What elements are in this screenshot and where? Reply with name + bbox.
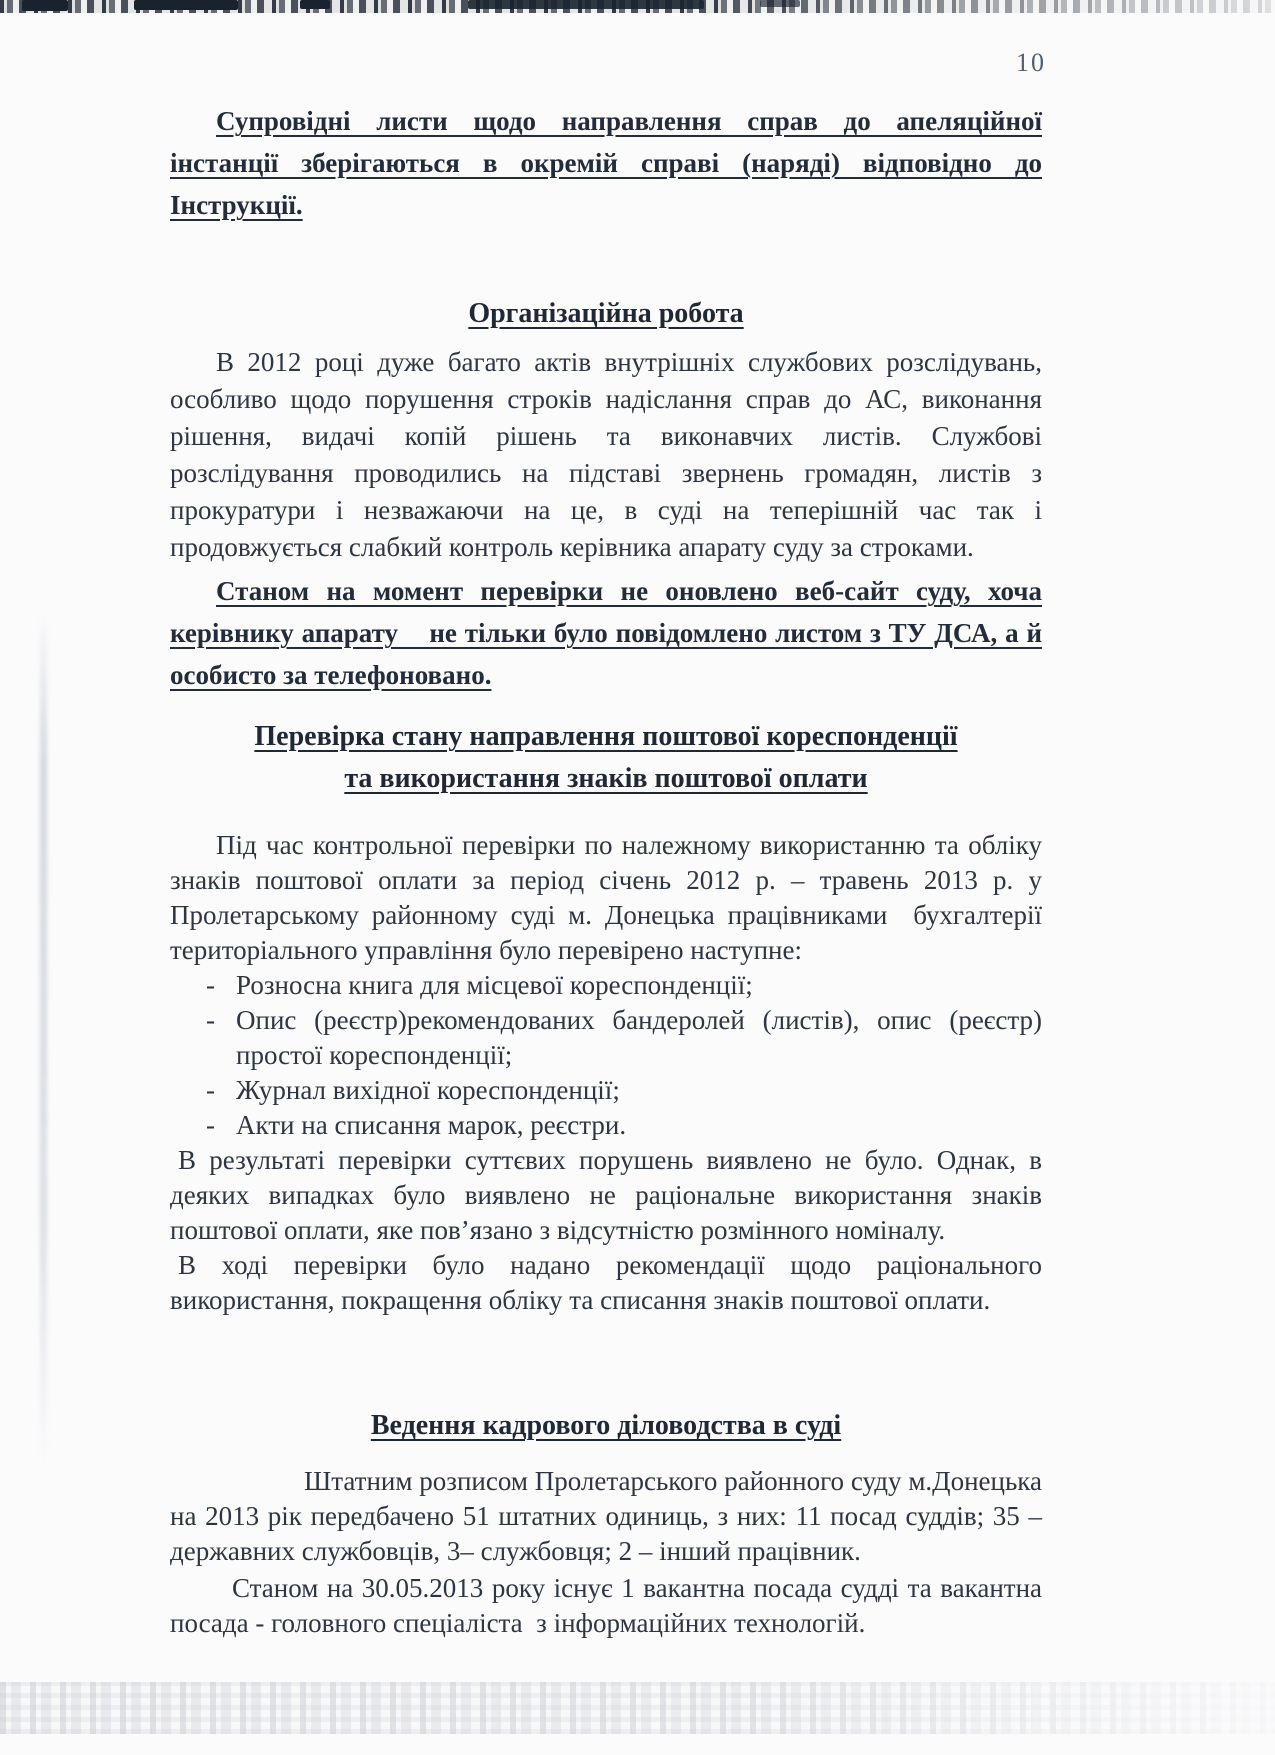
scanned-document-page: 10 Супровідні листи щодо направлення спр… xyxy=(0,0,1275,1755)
section-heading-postal: Перевірка стану направлення поштової кор… xyxy=(170,716,1042,800)
list-item-marker: - xyxy=(206,1108,236,1143)
section-heading-postal-line1-text: Перевірка стану направлення поштової кор… xyxy=(254,721,957,752)
list-item-text: Опис (реєстр)рекомендованих бандеролей (… xyxy=(236,1003,1042,1073)
list-item-text: Розносна книга для місцевої кореспонденц… xyxy=(236,968,1042,1003)
org-work-paragraph: В 2012 році дуже багато актів внутрішніх… xyxy=(170,344,1042,566)
postal-checked-list: - Розносна книга для місцевої кореспонде… xyxy=(170,968,1042,1143)
list-item-text: Журнал вихідної кореспонденції; xyxy=(236,1073,1042,1108)
scan-artifact-bottom-band xyxy=(0,1682,1275,1734)
postal-recommendations-paragraph: В ході перевірки було надано рекомендаці… xyxy=(170,1248,1042,1318)
postal-results-paragraph: В результаті перевірки суттєвих порушень… xyxy=(170,1143,1042,1248)
postal-intro-paragraph: Під час контрольної перевірки по належно… xyxy=(170,828,1042,968)
list-item-marker: - xyxy=(206,1073,236,1108)
intro-paragraph: Супровідні листи щодо направлення справ … xyxy=(170,100,1042,226)
list-item: - Журнал вихідної кореспонденції; xyxy=(206,1073,1042,1108)
list-item: - Розносна книга для місцевої кореспонде… xyxy=(206,968,1042,1003)
section-heading-postal-line2-text: та використання знаків поштової оплати xyxy=(344,763,867,794)
hr-staffing-paragraph: Штатним розписом Пролетарського районног… xyxy=(170,1464,1042,1569)
list-item: - Акти на списання марок, реєстри. xyxy=(206,1108,1042,1143)
list-item: - Опис (реєстр)рекомендованих бандеролей… xyxy=(206,1003,1042,1073)
website-warning-paragraph: Станом на момент перевірки не оновлено в… xyxy=(170,570,1042,696)
document-body: Супровідні листи щодо направлення справ … xyxy=(170,0,1042,1641)
scan-artifact-left-streak xyxy=(40,610,47,1470)
section-heading-postal-line1: Перевірка стану направлення поштової кор… xyxy=(170,716,1042,758)
list-item-marker: - xyxy=(206,968,236,1003)
section-heading-org-work: Організаційна робота xyxy=(170,292,1042,336)
scan-artifact-blob xyxy=(22,0,68,11)
section-heading-org-work-text: Організаційна робота xyxy=(468,298,743,329)
hr-vacancy-paragraph: Станом на 30.05.2013 року існує 1 вакант… xyxy=(170,1571,1042,1641)
list-item-marker: - xyxy=(206,1003,236,1073)
section-heading-hr: Ведення кадрового діловодства в суді xyxy=(170,1404,1042,1448)
section-heading-hr-text: Ведення кадрового діловодства в суді xyxy=(371,1410,841,1441)
list-item-text: Акти на списання марок, реєстри. xyxy=(236,1108,1042,1143)
section-heading-postal-line2: та використання знаків поштової оплати xyxy=(170,758,1042,800)
